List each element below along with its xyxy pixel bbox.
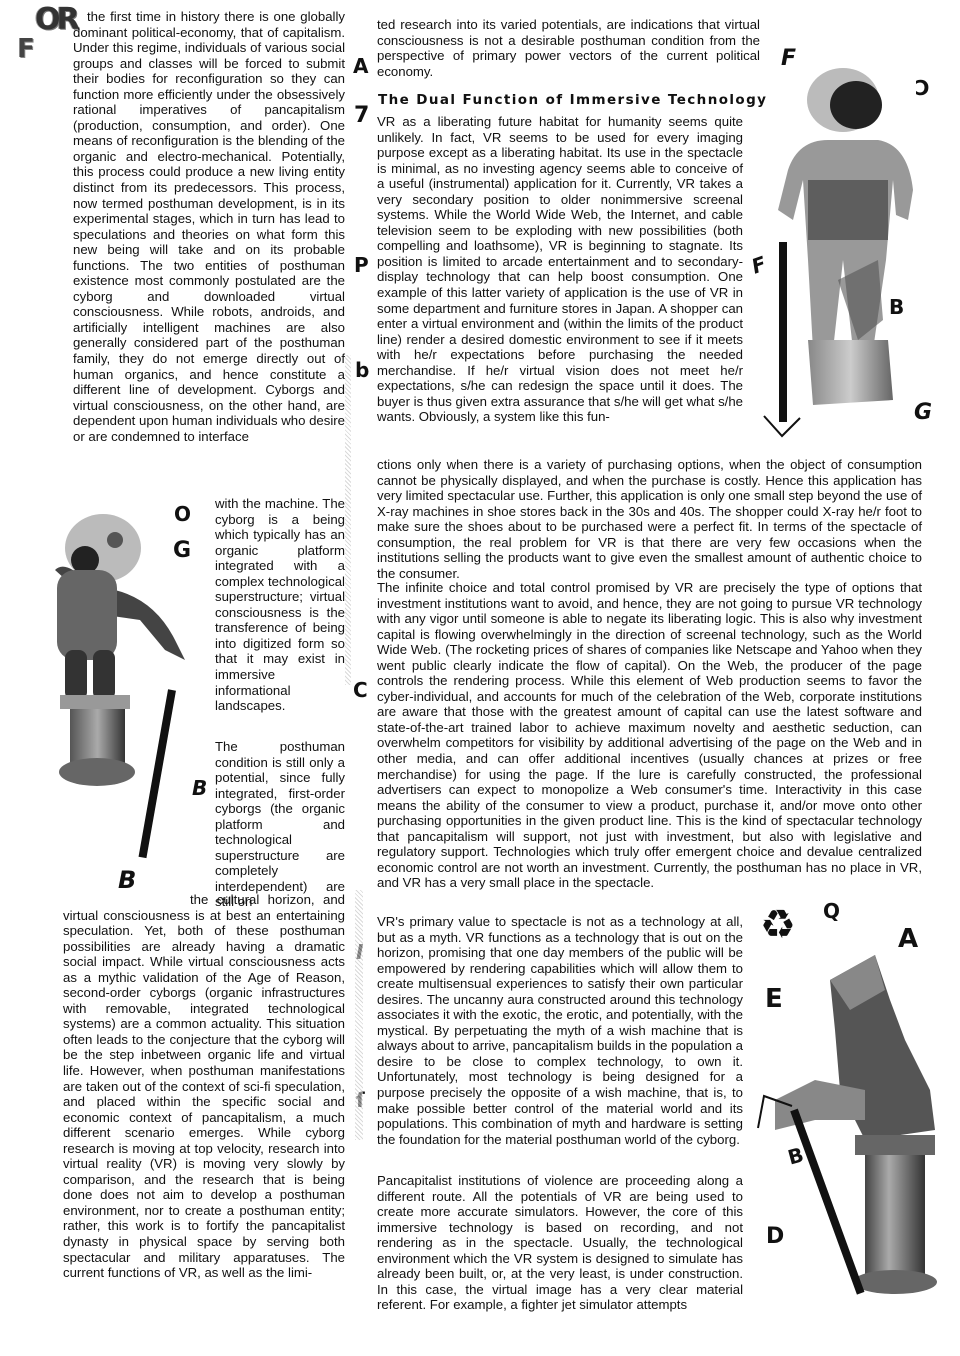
- letter-e: E: [765, 986, 783, 1012]
- right-intro-paragraph: ted research into its varied potentials,…: [377, 17, 760, 79]
- arrow-down-right-top: [779, 242, 787, 422]
- astronaut-figure: [768, 60, 918, 420]
- letter-g-right: G: [914, 402, 932, 424]
- letter-o: O: [174, 504, 191, 524]
- gutter-letter-a: A: [353, 56, 368, 76]
- drop-cap: OR: [35, 2, 76, 37]
- letter-b-right: B: [889, 297, 904, 317]
- letter-reversed-c: Ↄ: [915, 78, 930, 98]
- right-paragraph-1-narrow: VR as a liberating future habitat for hu…: [377, 114, 743, 425]
- right-paragraph-3: VR's primary value to spectacle is not a…: [377, 914, 743, 1147]
- right-paragraph-4: Pancapitalist institutions of violence a…: [377, 1173, 743, 1313]
- arrowhead-down-icon: [762, 410, 802, 440]
- recycle-icon: ♻: [760, 905, 796, 945]
- letter-d: D: [766, 1226, 784, 1248]
- letter-b-lower: B: [118, 868, 136, 892]
- arrowhead-up-icon: [756, 1092, 796, 1132]
- gutter-letter-p: P: [354, 255, 369, 275]
- letter-f-mid: F: [749, 253, 769, 276]
- left-column-block-4: the cultural horizon, and virtual consci…: [63, 892, 345, 1281]
- letter-a-right: A: [898, 926, 918, 952]
- gutter-letter-d: d: [355, 360, 369, 380]
- letter-b-upper: B: [192, 778, 207, 798]
- gutter-letter-c: C: [353, 680, 368, 700]
- section-heading: The Dual Function of Immersive Technolog…: [378, 92, 767, 108]
- gutter-letter-7: 7: [354, 105, 369, 127]
- right-paragraph-2: The infinite choice and total control pr…: [377, 580, 922, 891]
- letter-f-top: F: [781, 48, 796, 70]
- right-paragraph-1-wide: ctions only when there is a variety of p…: [377, 457, 922, 581]
- left-column-block-1: the first time in history there is one g…: [73, 9, 345, 444]
- drop-cap-side-letter: F: [17, 34, 35, 64]
- letter-q: Q: [823, 901, 840, 921]
- decorative-shade-band: [345, 355, 351, 685]
- decorative-shade-band: [355, 890, 363, 1140]
- left-column-block-3: The posthuman condition is still only a …: [215, 739, 345, 910]
- left-column-block-2: with the machine. The cyborg is a being …: [215, 496, 345, 714]
- letter-g: G: [173, 540, 191, 562]
